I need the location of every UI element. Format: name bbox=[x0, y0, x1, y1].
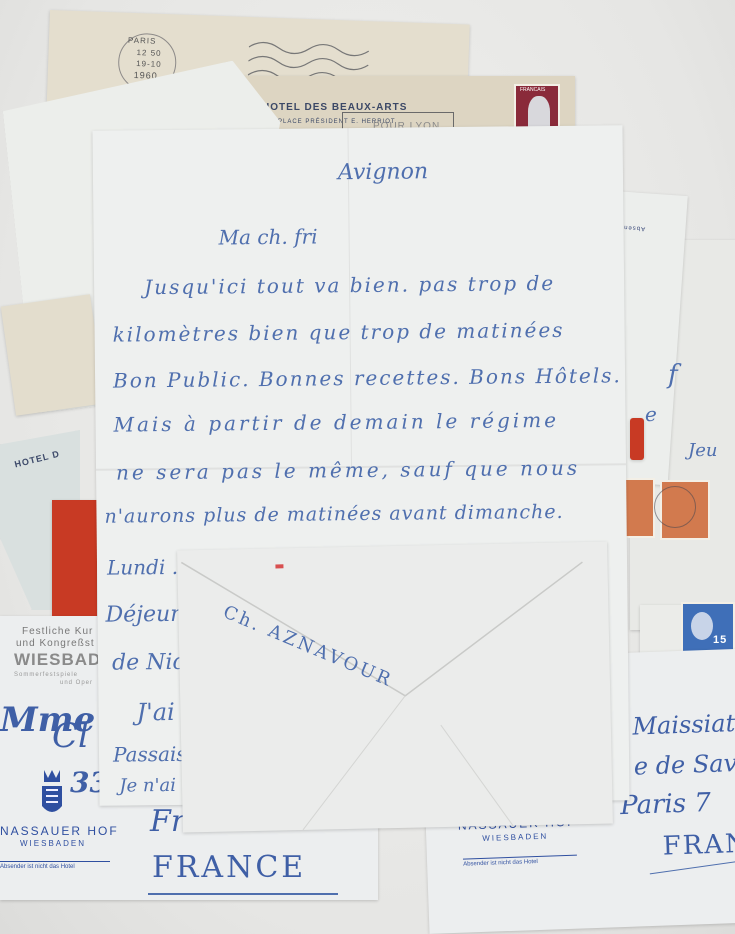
right-handwriting-1: f bbox=[668, 360, 678, 390]
red-seal bbox=[630, 418, 644, 460]
right-addressee-4: FRAN bbox=[662, 829, 735, 862]
letter-line-2: kilomètres bien que trop de matinées bbox=[112, 318, 564, 347]
tagline-2: und Kongreßst bbox=[16, 638, 95, 649]
nassauer-hof-footer: Absender ist nicht das Hotel bbox=[0, 864, 75, 870]
italian-stamp-1 bbox=[625, 480, 653, 536]
right-addressee-1: Maissiat bbox=[632, 709, 735, 741]
nassauer-hof-city: WIESBADEN bbox=[20, 839, 86, 848]
german-stamp-value: 15 bbox=[713, 634, 727, 646]
postmark-line-2: 19-10 bbox=[136, 59, 162, 69]
nassauer-hof-name: NASSAUER HOF bbox=[0, 824, 119, 838]
cream-paper-edge bbox=[1, 294, 105, 415]
letter-line-12: Je n'ai bbox=[119, 775, 176, 797]
addressee-country: FRANCE bbox=[152, 850, 306, 885]
country-underline bbox=[148, 893, 338, 895]
tagline-5: und Oper bbox=[60, 680, 93, 686]
letter-line-4: Mais à partir de demain le régime bbox=[113, 408, 559, 437]
left-hotel-name: HOTEL D bbox=[13, 449, 60, 470]
italian-stamp-2 bbox=[662, 482, 708, 538]
addressee-city-partial: Fr bbox=[150, 804, 185, 839]
postmark-city: PARIS bbox=[128, 36, 157, 46]
addressee-name: Cl bbox=[52, 716, 89, 756]
italian-postmark bbox=[654, 486, 696, 528]
letter-line-11: Passais bbox=[113, 742, 187, 767]
letter-line-10: J'ai bbox=[136, 698, 174, 726]
right-addressee-3: Paris 7 bbox=[620, 788, 712, 821]
letter-line-6: n'aurons plus de matinées avant dimanche… bbox=[104, 501, 563, 528]
nassauer-hof-footer-right: Absender ist nicht das Hotel bbox=[463, 859, 538, 868]
stamp-country: FRANCAIS bbox=[520, 87, 545, 93]
tagline-1: Festliche Kur bbox=[22, 626, 93, 637]
postmark-line-1: 12 50 bbox=[136, 48, 161, 58]
footer-rule bbox=[0, 861, 110, 862]
marianne-portrait-icon bbox=[528, 96, 550, 130]
letter-line-5: ne sera pas le même, sauf que nous bbox=[116, 456, 580, 485]
letter-line-3: Bon Public. Bonnes recettes. Bons Hôtels… bbox=[113, 363, 622, 392]
letter-place: Avignon bbox=[338, 159, 428, 185]
heuss-portrait-icon bbox=[691, 612, 713, 640]
red-envelope bbox=[52, 500, 97, 618]
tagline-4: Sommerfestspiele bbox=[14, 672, 78, 678]
right-handwriting-2: e bbox=[645, 402, 657, 426]
nassauer-hof-city-right: WIESBADEN bbox=[482, 832, 548, 843]
right-addressee-2: e de Sav bbox=[633, 749, 735, 781]
letter-greeting: Ma ch. fri bbox=[218, 224, 317, 249]
envelope-flap-lines bbox=[177, 542, 613, 833]
red-wax-fleck bbox=[275, 564, 283, 568]
right-handwriting-3: Jeu bbox=[688, 440, 717, 461]
letter-line-1: Jusqu'ici tout va bien. pas trop de bbox=[144, 271, 555, 299]
nassauer-hof-crest-icon bbox=[40, 768, 64, 820]
aznavour-envelope-back: Ch. AZNAVOUR bbox=[177, 542, 613, 833]
